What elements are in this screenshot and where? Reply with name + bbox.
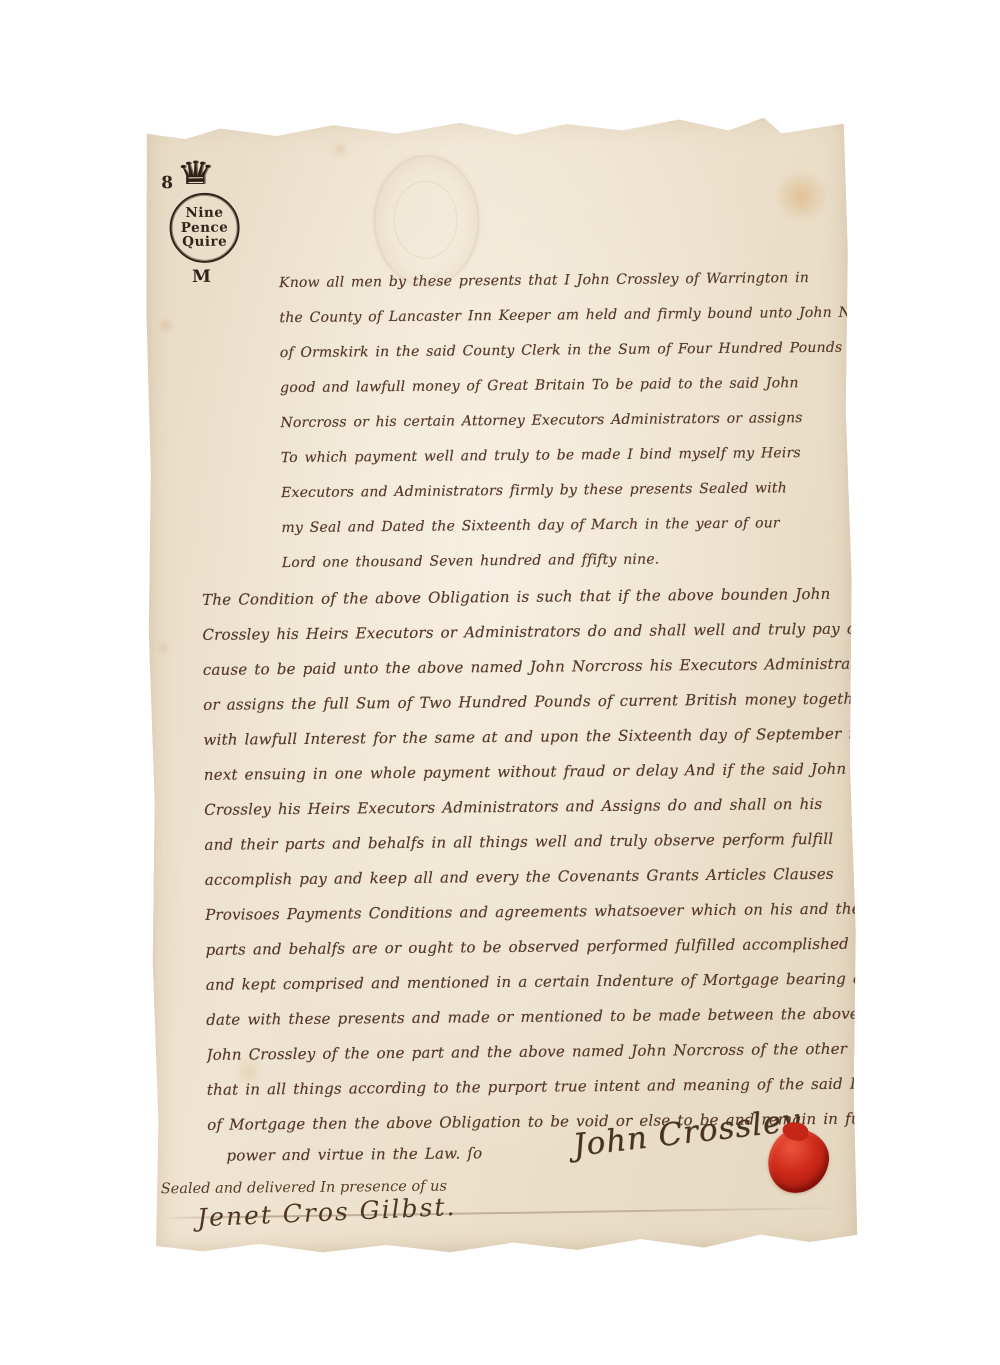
opening-paragraph: Know all men by these presents that I Jo… <box>279 261 857 582</box>
stamp-text-line: Quire <box>182 235 227 250</box>
manuscript-line: Know all men by these presents that I Jo… <box>279 261 854 302</box>
manuscript-line: my Seal and Dated the Sixteenth day of M… <box>281 506 856 547</box>
witness-signatures: Jenet Cros Gilbst. <box>197 1192 457 1233</box>
closing-line: power and virtue in the Law. ſo <box>226 1144 482 1181</box>
foxing-stain <box>329 141 351 157</box>
document-paper: ♛ 8 Nine Pence Quire M Know all men by t… <box>143 115 860 1258</box>
manuscript-line: the County of Lancaster Inn Keeper am he… <box>279 296 854 337</box>
condition-paragraph: The Condition of the above Obligation is… <box>202 577 857 1143</box>
manuscript-line: good and lawfull money of Great Britain … <box>280 366 855 407</box>
manuscript-line: To which payment well and truly to be ma… <box>281 436 856 477</box>
manuscript-line: Lord one thousand Seven hundred and ffif… <box>282 541 857 582</box>
foxing-stain <box>156 317 174 333</box>
stamp-bottom-mark: M <box>192 267 211 287</box>
stamp-left-mark: 8 <box>161 173 173 193</box>
manuscript-line: Norcross or his certain Attorney Executo… <box>280 401 855 442</box>
revenue-stamp: ♛ 8 Nine Pence Quire M <box>153 154 264 305</box>
foxing-stain <box>156 641 172 655</box>
crown-icon: ♛ <box>176 157 215 189</box>
manuscript-line: Executors and Administrators firmly by t… <box>281 471 856 512</box>
stamp-circle: Nine Pence Quire <box>169 192 240 263</box>
stamp-text-line: Nine <box>185 206 223 221</box>
foxing-stain <box>775 167 828 225</box>
photo-background: ♛ 8 Nine Pence Quire M Know all men by t… <box>0 0 1000 1365</box>
manuscript-line: of Ormskirk in the said County Clerk in … <box>280 331 855 372</box>
